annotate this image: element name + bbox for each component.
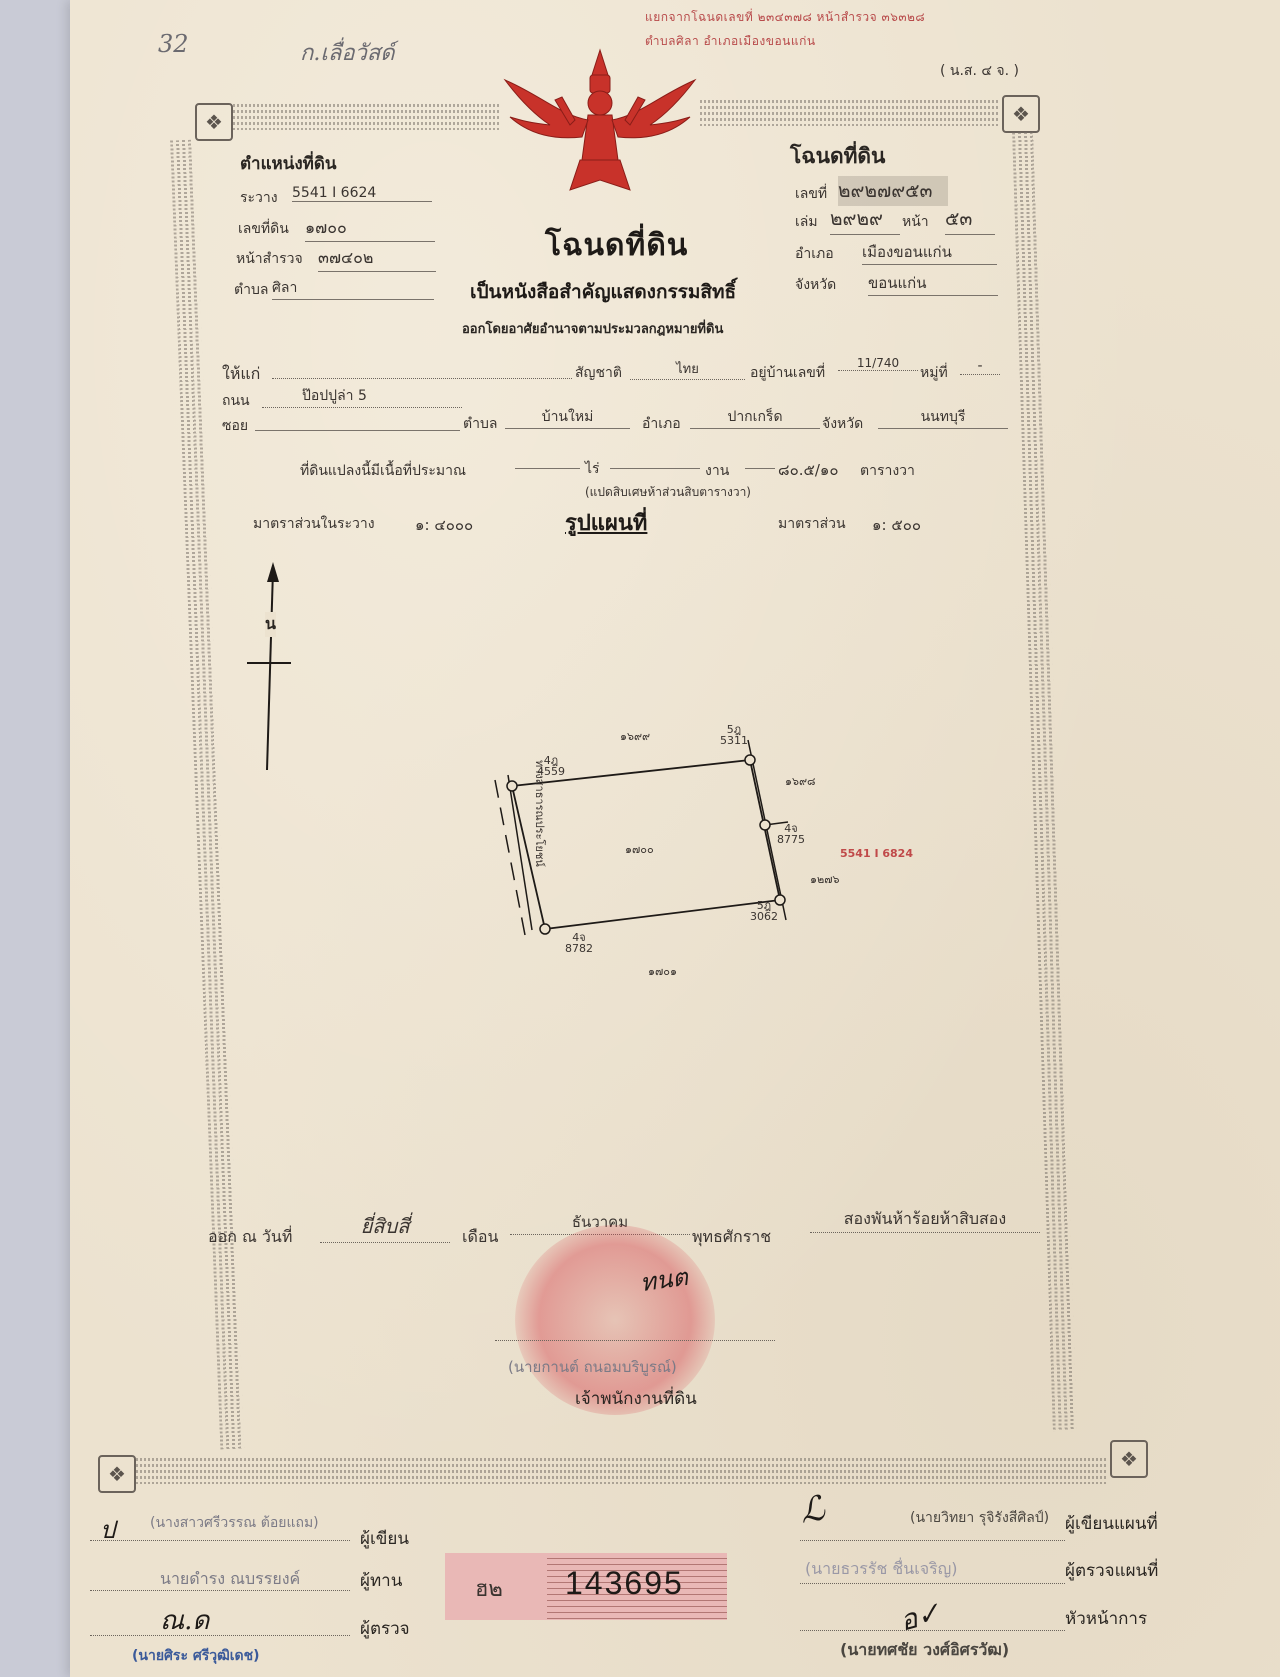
field-value-page: ๕๓	[945, 204, 995, 235]
field-label-parcel-no: เลขที่ดิน	[238, 218, 289, 240]
document-authority-line: ออกโดยอาศัยอำนาจตามประมวลกฎหมายที่ดิน	[462, 318, 723, 339]
field-label-survey-page: หน้าสำรวจ	[236, 248, 303, 270]
security-border-bottom	[136, 1458, 1106, 1484]
ngan-label: งาน	[705, 460, 729, 482]
chief-name: (นายทศชัย วงศ์อิศรวัฒ)	[840, 1638, 1009, 1663]
checker-role: ผู้ตรวจ	[360, 1615, 410, 1642]
soi-label: ซอย	[222, 415, 248, 437]
nationality-label: สัญชาติ	[575, 362, 622, 384]
officer-role: เจ้าพนักงานที่ดิน	[575, 1385, 697, 1412]
checker-name: (นายศิระ ศรีวุฒิเดช)	[132, 1645, 260, 1667]
officer-signature: ทนต	[638, 1257, 691, 1302]
area-in-words: (แปดสิบเศษห้าส่วนสิบตารางวา)	[585, 483, 751, 502]
writer-role: ผู้เขียน	[360, 1525, 409, 1552]
handwritten-number: 32	[158, 30, 189, 58]
copier-line	[90, 1590, 350, 1591]
signature-mark: ป	[100, 1510, 115, 1549]
field-value-parcel-no: ๑๗๐๐	[305, 216, 435, 242]
ngan-value	[610, 468, 700, 469]
security-border-top-left	[233, 104, 501, 130]
map-writer-line	[800, 1540, 1065, 1541]
map-sheet-ref: 5541 I 6824	[840, 847, 913, 860]
header-note-line1: แยกจากโฉนดเลขที่ ๒๓๔๓๗๘ หน้าสำรวจ ๓๖๓๒๘	[645, 8, 925, 27]
owner-to-label: ให้แก่	[222, 362, 260, 387]
border-corner-ornament-icon: ❖	[98, 1455, 136, 1493]
land-position-heading: ตำแหน่งที่ดิน	[240, 150, 337, 177]
field-label-sheet: ระวาง	[240, 187, 278, 209]
neighbor-southeast: ๑๒๗๖	[810, 870, 840, 888]
garuda-emblem-icon	[500, 45, 700, 195]
marker-se: 5ฎ3062	[750, 900, 778, 922]
serial-number-box: ฮ๒ 143695	[445, 1553, 727, 1620]
parcel-number: ๑๗๐๐	[625, 840, 654, 858]
border-corner-ornament-icon: ❖	[1110, 1440, 1148, 1478]
field-value-sheet: 5541 I 6624	[292, 185, 432, 202]
writer-name: (นางสาวศรีวรรณ ต้อยแถม)	[150, 1512, 319, 1534]
road-value: ป๊อปปูล่า 5	[262, 385, 462, 408]
field-label-page: หน้า	[902, 211, 929, 233]
issue-prefix: ออก ณ วันที่	[208, 1225, 292, 1250]
issue-day: ยี่สิบสี่	[320, 1210, 450, 1243]
province-value: นนทบุรี	[878, 406, 1008, 429]
field-label-volume: เล่ม	[795, 211, 818, 233]
map-checker-name: (นายธวรรัช ชื่นเจริญ)	[805, 1557, 958, 1582]
amphoe-label: อำเภอ	[642, 413, 681, 435]
moo-value: -	[960, 358, 1000, 375]
border-corner-ornament-icon: ❖	[1002, 95, 1040, 133]
map-checker-line	[800, 1583, 1065, 1584]
province-label: จังหวัด	[822, 413, 863, 435]
border-corner-ornament-icon: ❖	[195, 103, 233, 141]
chief-line	[800, 1630, 1065, 1631]
owner-name-field	[272, 378, 572, 379]
tambon-label: ตำบล	[463, 413, 497, 435]
deed-heading: โฉนดที่ดิน	[790, 140, 885, 173]
field-value-deed-no: ๒๙๒๗๙๕๓	[838, 176, 948, 206]
copier-role: ผู้ทาน	[360, 1567, 402, 1594]
field-label-province: จังหวัด	[795, 274, 836, 296]
neighbor-north: ๑๖๙๙	[620, 727, 650, 745]
wa-label: ตารางวา	[860, 460, 915, 482]
writer-line	[90, 1540, 350, 1541]
field-value-survey-page: ๓๗๔๐๒	[318, 246, 436, 272]
house-no-value: 11/740	[838, 356, 918, 371]
sheet-scale-label: มาตราส่วนในระวาง	[253, 513, 375, 535]
sheet-scale-value: ๑: ๔๐๐๐	[415, 513, 473, 537]
checker-line	[90, 1635, 350, 1636]
map-checker-role: ผู้ตรวจแผนที่	[1065, 1557, 1158, 1584]
house-no-label: อยู่บ้านเลขที่	[750, 362, 825, 384]
area-prefix: ที่ดินแปลงนี้มีเนื้อที่ประมาณ	[300, 460, 466, 482]
north-label: น	[265, 612, 276, 637]
copier-name: นายดำรง ณบรรยงค์	[160, 1567, 300, 1592]
map-scale-label: มาตราส่วน	[778, 513, 846, 535]
officer-signature-line	[495, 1340, 775, 1341]
map-heading: รูปแผนที่	[565, 505, 647, 540]
wa-separator	[745, 468, 775, 469]
rai-value	[515, 468, 580, 469]
nationality-value: ไทย	[630, 358, 745, 380]
marker-sw: 4จ8782	[565, 932, 593, 954]
tambon-value: บ้านใหม่	[505, 406, 630, 429]
issue-month-label: เดือน	[462, 1225, 498, 1250]
field-value-volume: ๒๙๒๙	[830, 204, 900, 235]
issue-year-value: สองพันห้าร้อยห้าสิบสอง	[810, 1207, 1040, 1233]
security-border-top-right	[700, 100, 998, 126]
field-value-province: ขอนแก่น	[868, 271, 998, 296]
issue-year-label: พุทธศักราช	[692, 1225, 771, 1250]
amphoe-value: ปากเกร็ด	[690, 406, 820, 429]
field-value-amphoe: เมืองขอนแก่น	[862, 240, 997, 265]
form-code: ( น.ส. ๔ จ. )	[940, 60, 1019, 82]
document-title: โฉนดที่ดิน	[545, 222, 688, 269]
neighbor-east: ๑๖๙๘	[785, 772, 816, 790]
field-label-amphoe: อำเภอ	[795, 243, 834, 265]
neighbor-south: ๑๗๐๑	[648, 962, 677, 980]
road-label: ถนน	[222, 390, 250, 412]
officer-name: (นายกานต์ ถนอมบริบูรณ์)	[508, 1355, 677, 1379]
map-writer-role: ผู้เขียนแผนที่	[1065, 1510, 1158, 1537]
soi-value	[255, 430, 460, 431]
serial-number: 143695	[565, 1565, 684, 1602]
marker-nw: 4ฎ4559	[537, 755, 565, 777]
map-scale-value: ๑: ๕๐๐	[872, 513, 921, 537]
marker-e: 4จ8775	[777, 823, 805, 845]
document-subtitle: เป็นหนังสือสำคัญแสดงกรรมสิทธิ์	[470, 277, 736, 307]
field-label-deed-no: เลขที่	[795, 183, 827, 205]
rai-label: ไร่	[585, 458, 600, 480]
serial-prefix: ฮ๒	[475, 1571, 503, 1606]
wa-value: ๘๐.๕/๑๐	[778, 458, 839, 482]
field-value-tambon: ศิลา	[272, 277, 434, 300]
marker-ne: 5ฎ5311	[720, 724, 748, 746]
handwritten-note: ก.เลื่อวัสด์	[300, 35, 395, 70]
field-label-tambon: ตำบล	[234, 279, 268, 301]
moo-label: หมู่ที่	[920, 362, 948, 384]
map-writer-name: (นายวิทยา รุจิรังสีศิลป์)	[910, 1507, 1049, 1529]
north-arrow-icon	[245, 560, 295, 780]
chief-role: หัวหน้าการ	[1065, 1605, 1147, 1632]
